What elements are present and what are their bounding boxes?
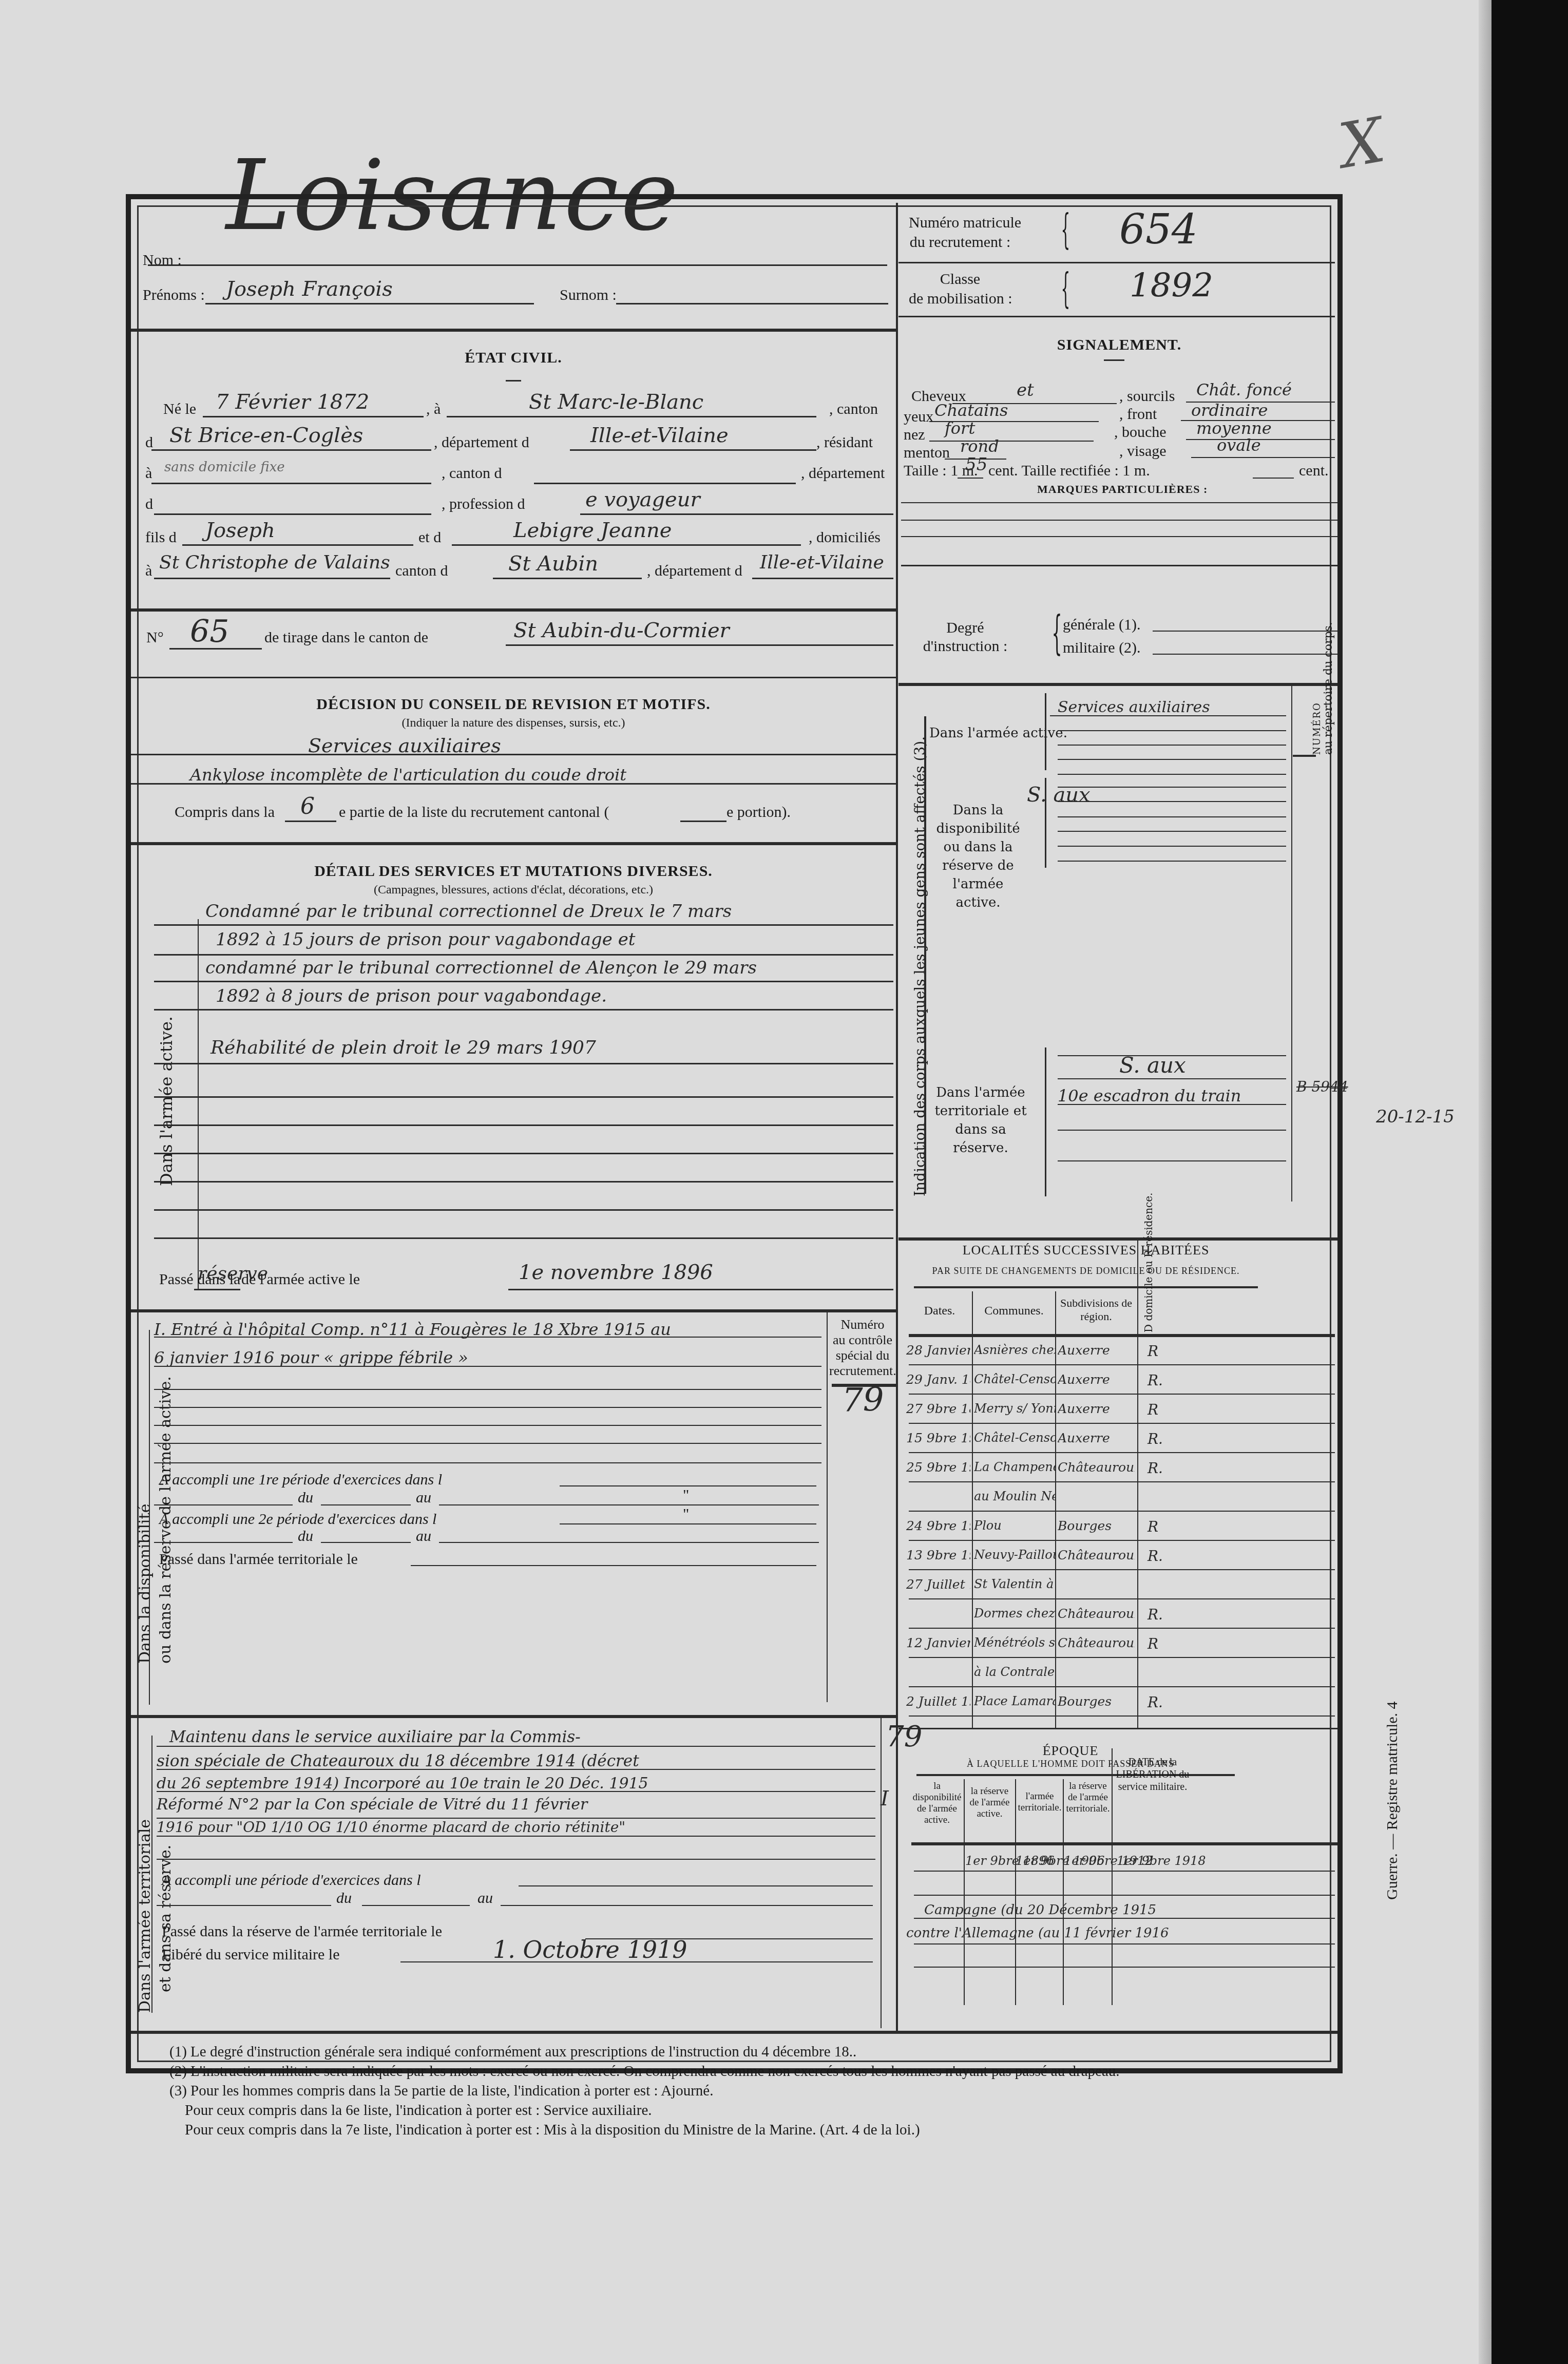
sourcils-label: , sourcils (1119, 388, 1175, 405)
yeux-label: yeux (904, 408, 933, 426)
field-line (1058, 816, 1286, 817)
loc-dr: R. (1148, 1694, 1163, 1711)
field-line (154, 1407, 821, 1408)
localites-title: LOCALITÉS SUCCESSIVES HABITÉES (909, 1243, 1263, 1258)
territ-line-2: sion spéciale de Chateauroux du 18 décem… (157, 1752, 639, 1770)
field-line (1058, 1104, 1286, 1105)
territ-line-5: 1916 pour "OD 1/10 OG 1/10 énorme placar… (157, 1819, 625, 1836)
col-dates: Dates. (909, 1304, 970, 1318)
tirage-no-label: N° (146, 629, 164, 646)
field-line (1058, 745, 1286, 746)
classe-value: 1892 (1130, 267, 1213, 305)
field-line (157, 1769, 875, 1770)
field-line (506, 644, 893, 646)
field-line (1058, 730, 1286, 731)
loc-subdivision: Châteauroux (1058, 1460, 1135, 1475)
field-line (131, 783, 896, 785)
loc-subdivision: Châteauroux (1058, 1548, 1135, 1562)
epoque-col-2: la réserve de l'armée active. (965, 1786, 1014, 1820)
section-divider (131, 608, 896, 612)
field-line (157, 1859, 875, 1860)
field-line (154, 1237, 893, 1239)
localites-subtitle: PAR SUITE DE CHANGEMENTS DE DOMICILE OU … (909, 1266, 1263, 1276)
field-line (157, 1905, 331, 1906)
periode1-label: A accompli une 1re période d'exercices d… (159, 1471, 442, 1489)
field-line (914, 1967, 1335, 1968)
corps-territ-value-2: 10e escadron du train (1058, 1086, 1241, 1105)
ne-le-label: Né le (163, 401, 196, 418)
dispo-side-label-1: Dans la disponibilité (136, 1504, 154, 1664)
tirage-canton-value: St Aubin-du-Cormier (513, 619, 730, 642)
header-rule (911, 1842, 1337, 1845)
service-line-2: 1892 à 15 jours de prison pour vagabonda… (216, 929, 635, 950)
footnote-2: (2) L'instruction militaire sera indiqué… (169, 2063, 1120, 2080)
header-rule (909, 1334, 1335, 1337)
loc-date: 24 9bre 1905 (906, 1518, 970, 1533)
loc-dr: R. (1148, 1372, 1163, 1389)
portion-suffix: e portion). (726, 804, 791, 821)
field-line (154, 1337, 821, 1338)
field-line (362, 1905, 470, 1906)
field-line (154, 1366, 821, 1367)
col-communes: Communes. (973, 1304, 1055, 1318)
corps-dispo-label: Dans la disponibilité ou dans la réserve… (929, 801, 1027, 912)
field-line (154, 1009, 893, 1011)
field-line (1058, 787, 1286, 788)
section-divider (901, 565, 1337, 566)
decision-title: DÉCISION DU CONSEIL DE REVISION ET MOTIF… (180, 696, 847, 713)
loc-dr: R (1148, 1343, 1158, 1360)
loc-subdivision: Auxerre (1058, 1401, 1135, 1416)
row-line (909, 1657, 1335, 1658)
campagne-line-1: Campagne (du 20 Décembre 1915 (924, 1902, 1156, 1918)
field-line (154, 924, 893, 926)
field-line (157, 1746, 875, 1747)
corps-bracket (924, 716, 926, 1194)
title-rule (1104, 359, 1124, 361)
field-line (154, 1443, 821, 1444)
field-line (154, 578, 390, 579)
field-line (914, 1871, 1335, 1872)
territ-line-3: du 26 septembre 1914) Incorporé au 10e t… (157, 1775, 648, 1793)
signalement-title: SIGNALEMENT. (898, 336, 1340, 354)
controle-divider (827, 1312, 828, 1702)
domicile-canton-value: St Aubin (508, 552, 598, 576)
mother-value: Lebigre Jeanne (513, 519, 672, 542)
row-line (909, 1511, 1335, 1512)
field-line (1058, 1130, 1286, 1131)
field-line (411, 1565, 816, 1566)
brace-icon: { (1061, 264, 1070, 312)
loc-commune: Châtel-Censoir (974, 1431, 1055, 1445)
loc-dr: R (1148, 1635, 1158, 1652)
field-line (914, 1918, 1335, 1919)
field-line (182, 544, 413, 546)
corps-territ-value-1: S. aux (1119, 1053, 1186, 1078)
domicile-place-value: St Christophe de Valains (159, 552, 390, 573)
row-line (909, 1628, 1335, 1629)
field-line (285, 821, 336, 822)
fils-label: fils d (145, 529, 177, 546)
loc-commune: Plou (974, 1518, 1055, 1533)
loc-commune: Châtel-Censoir (974, 1372, 1055, 1386)
sourcils-value: Chât. foncé (1196, 380, 1292, 399)
field-line (154, 1096, 893, 1098)
loc-commune: St Valentin à (974, 1577, 1055, 1591)
field-line (154, 1209, 893, 1211)
side-bracket (151, 1736, 152, 2013)
loc-date: 2 Juillet 1915 (906, 1694, 970, 1709)
loc-commune: Dormes chez Perrot (974, 1606, 1055, 1621)
controle-value: 79 (842, 1381, 884, 1419)
field-line (570, 449, 816, 451)
front-label: , front (1119, 406, 1157, 423)
margin-date: 20-12-15 (1376, 1107, 1455, 1127)
visage-label: , visage (1119, 443, 1167, 460)
footnote-1: (1) Le degré d'instruction générale sera… (169, 2044, 856, 2061)
loc-commune: Asnières chez Combe (974, 1343, 1055, 1357)
au-label: au (416, 1528, 431, 1545)
nez-value: fort (945, 418, 975, 438)
loc-date: 28 Janvier 1895 (906, 1343, 970, 1358)
field-line (1058, 831, 1286, 832)
loc-dr: R (1148, 1401, 1158, 1418)
surnom-label: Surnom : (560, 287, 617, 304)
numero-rule (1293, 755, 1316, 757)
field-line (169, 648, 262, 650)
service-line-3: condamné par le tribunal correctionnel d… (205, 958, 757, 978)
side-bracket (149, 1330, 150, 1705)
services-subtitle: (Campagnes, blessures, actions d'éclat, … (282, 883, 744, 897)
departement2-d-label: d (145, 495, 153, 513)
section-divider (898, 1237, 1337, 1241)
etat-civil-title: ÉTAT CIVIL. (359, 349, 667, 367)
passe-suffix: de l'armée active le (241, 1271, 360, 1288)
field-line (1253, 478, 1294, 479)
field-line (203, 416, 424, 417)
field-line (154, 1425, 821, 1426)
loc-date: 13 9bre 1908 (906, 1548, 970, 1562)
ornament-rule (914, 1286, 1258, 1288)
prenoms-label: Prénoms : (143, 287, 205, 304)
field-line (901, 536, 1337, 537)
liberation-header: DATE de la LIBÉRATION du service militai… (1114, 1756, 1191, 1793)
field-line (1191, 457, 1335, 458)
cent-label: cent. (1299, 462, 1328, 480)
field-line (151, 483, 431, 484)
field-line (321, 1504, 411, 1505)
field-line (447, 416, 816, 417)
loc-date: 15 9bre 1902 (906, 1431, 970, 1445)
field-line (1058, 774, 1286, 775)
loc-dr: R. (1148, 1548, 1163, 1565)
ditto-mark: " (683, 1505, 689, 1523)
field-line (154, 954, 893, 956)
row-line (909, 1481, 1335, 1482)
profession-value: e voyageur (585, 488, 700, 511)
field-line (1153, 654, 1337, 655)
campagne-line-2: contre l'Allemagne (au 11 février 1916 (906, 1925, 1169, 1941)
father-value: Joseph (205, 519, 275, 542)
canton-d-label: d (145, 434, 153, 451)
loc-subdivision: Auxerre (1058, 1343, 1135, 1358)
du-label: du (336, 1890, 352, 1907)
section-divider (898, 683, 1337, 686)
du-label: du (298, 1489, 313, 1507)
surnom-line (616, 303, 888, 304)
loc-commune: à la Contralerie (974, 1665, 1055, 1679)
bouche-label: , bouche (1114, 424, 1167, 441)
epoque-col-4: la réserve de l'armée territoriale. (1064, 1781, 1112, 1815)
matricule-line (898, 262, 1335, 263)
loc-subdivision: Bourges (1058, 1518, 1135, 1533)
section-divider (131, 1715, 896, 1718)
col-divider (964, 1779, 965, 2005)
brace-icon: { (1061, 205, 1070, 253)
au-label: au (477, 1890, 493, 1907)
canton-label: , canton (829, 401, 878, 418)
loc-dr: R. (1148, 1606, 1163, 1623)
numero-label-1: NUMÉRO (1312, 702, 1323, 755)
field-line (439, 1504, 819, 1505)
mere-label: et d (418, 529, 441, 546)
loc-dr: R (1148, 1518, 1158, 1535)
field-line (452, 544, 801, 546)
col-divider (972, 1291, 973, 1728)
field-line (154, 1462, 821, 1463)
field-line (154, 1504, 293, 1505)
loc-commune: La Champenoise, (974, 1460, 1055, 1474)
corps-dispo-value: S. aux (1027, 783, 1091, 807)
epoque-col-1: la disponibilité de l'armée active. (911, 1781, 963, 1826)
field-line (958, 478, 983, 479)
field-line (519, 1885, 873, 1886)
section-divider (131, 329, 896, 332)
section-divider (131, 677, 896, 678)
ditto-mark: " (683, 1486, 689, 1504)
loc-commune: Merry s/ Yonne (974, 1401, 1055, 1416)
loc-date: 25 9bre 1904 (906, 1460, 970, 1475)
controle-divider (881, 1718, 882, 2028)
controle-label: Numéroau contrôlespécial durecrutement. (829, 1317, 896, 1379)
a-label: , à (426, 401, 441, 418)
loc-subdivision: Auxerre (1058, 1431, 1135, 1445)
liberation-date: 1er 9bre 1918 (1117, 1854, 1206, 1868)
field-line (680, 821, 726, 822)
decision-line-2: Ankylose incomplète de l'articulation du… (190, 765, 626, 785)
loc-subdivision: Châteauroux (1058, 1606, 1135, 1621)
field-line (151, 449, 431, 451)
field-line (929, 441, 1094, 442)
canton-value: St Brice-en-Coglès (169, 424, 363, 447)
brace-line (1045, 693, 1046, 770)
brace-icon: { (1052, 606, 1062, 660)
field-line (1153, 631, 1337, 632)
scan-background (1491, 0, 1568, 2364)
footnote-4: Pour ceux compris dans la 6e liste, l'in… (185, 2102, 652, 2119)
service-line-5: Réhabilité de plein droit le 29 mars 190… (211, 1037, 596, 1058)
territ-line-1: Maintenu dans le service auxiliaire par … (169, 1728, 581, 1746)
birth-date-value: 7 Février 1872 (216, 390, 369, 414)
row-line (909, 1715, 1335, 1717)
matricule-value: 654 (1119, 205, 1198, 253)
field-line (1058, 801, 1286, 802)
departement-label: , département d (434, 434, 529, 451)
field-line (508, 1289, 893, 1290)
classe-line (898, 316, 1335, 317)
loc-date: 27 9bre 1899 (906, 1401, 970, 1416)
dom-a-label: à (145, 562, 152, 580)
partie-value: 6 (300, 793, 315, 819)
row-line (909, 1686, 1335, 1687)
nom-line (148, 264, 887, 266)
row-line (909, 1598, 1335, 1599)
marques-label: MARQUES PARTICULIÈRES : (1037, 483, 1208, 496)
passe-date-value: 1e novembre 1896 (519, 1261, 713, 1284)
field-line (154, 513, 431, 515)
generale-label: générale (1). (1063, 616, 1141, 634)
taille-value: 55 (965, 454, 987, 475)
loc-commune: Neuvy-Pailloux (974, 1548, 1055, 1562)
services-title: DÉTAIL DES SERVICES ET MUTATIONS DIVERSE… (180, 863, 847, 880)
passe-territoriale-label: Passé dans l'armée territoriale le (159, 1551, 358, 1568)
territ-line-4: Réformé N°2 par la Con spéciale de Vitré… (157, 1796, 587, 1814)
partie-suffix: e partie de la liste du recrutement cant… (339, 804, 609, 821)
section-divider (131, 2031, 1337, 2034)
profession-label: , profession d (442, 495, 525, 513)
register-caption: Guerre. — Registre matricule. 4 (1384, 1701, 1401, 1900)
corps-active-value: Services auxiliaires (1058, 698, 1210, 716)
field-line (901, 502, 1337, 503)
field-line (154, 1181, 893, 1183)
section-divider (131, 1309, 896, 1312)
cheveux-value: et (1017, 380, 1034, 401)
field-line (154, 1124, 893, 1126)
corps-territ-numero: B 5944 (1296, 1078, 1348, 1095)
degre-label: Degréd'instruction : (914, 619, 1017, 656)
field-line (1058, 861, 1286, 862)
col-subdivisions: Subdivisions de région. (1058, 1297, 1135, 1323)
field-line (154, 1063, 893, 1064)
matricule-label: Numéro matriculedu recrutement : (909, 213, 1011, 252)
loc-subdivision: Châteauroux (1058, 1635, 1135, 1650)
territ-periode-label: A accompli une période d'exercices dans … (162, 1872, 421, 1889)
libere-value: 1. Octobre 1919 (493, 1936, 687, 1963)
footnote-3: (3) Pour les hommes compris dans la 5e p… (169, 2083, 713, 2100)
field-line (914, 1895, 1335, 1896)
field-line (157, 1836, 875, 1837)
col-divider (1063, 1779, 1064, 2005)
service-line-4: 1892 à 8 jours de prison pour vagabondag… (216, 986, 607, 1006)
field-line (154, 981, 893, 982)
corps-active-label: Dans l'armée active. (929, 724, 1022, 742)
militaire-label: militaire (2). (1063, 639, 1141, 657)
birth-place-value: St Marc-le-Blanc (529, 390, 703, 414)
loc-dr: R. (1148, 1431, 1163, 1447)
au-label: au (416, 1489, 431, 1507)
epoque-col-3: l'armée territoriale. (1017, 1791, 1063, 1814)
dom-dept-label: , département d (647, 562, 742, 580)
canton2-label: , canton d (442, 465, 502, 482)
nom-label: Nom : (143, 252, 182, 269)
territ-margin-mark: I (881, 1787, 889, 1810)
title-rule (506, 380, 521, 382)
corps-territ-label: Dans l'armée territoriale et dans sa rés… (929, 1083, 1032, 1157)
visage-value: ovale (1217, 435, 1261, 455)
field-line (501, 1905, 873, 1906)
loc-date: 29 Janv. 1898 (906, 1372, 970, 1387)
field-line (1058, 846, 1286, 847)
menton-label: menton (904, 444, 950, 462)
departement2-label: , département (801, 465, 885, 482)
field-line (321, 1542, 411, 1543)
field-line (914, 1943, 1335, 1944)
row-line (909, 1394, 1335, 1395)
loc-commune: Ménétréols sous Vatan (974, 1635, 1055, 1650)
libere-label: Libéré du service militaire le (162, 1946, 340, 1963)
loc-dr: R. (1148, 1460, 1163, 1477)
field-line (901, 520, 1337, 521)
numero-label-2: au répertoire du corps. (1322, 622, 1335, 755)
row-line (909, 1540, 1335, 1541)
residant-value: sans domicile fixe (164, 460, 285, 475)
page-edge-shadow (1479, 0, 1491, 2364)
loc-commune: Place Lamarande Brouillamnon (Cher) (974, 1694, 1055, 1708)
yeux-value: Chatains (934, 401, 1008, 420)
services-side-label: Dans l'armée active. (157, 1016, 176, 1186)
taille-cent-label: cent. Taille rectifiée : 1 m. (988, 462, 1150, 480)
departement-value: Ille-et-Vilaine (590, 424, 729, 447)
field-line (194, 1289, 240, 1290)
loc-subdivision: Bourges (1058, 1694, 1135, 1709)
section-divider (898, 1728, 1337, 1729)
numero-divider (1291, 685, 1292, 1202)
service-line-1: Condamné par le tribunal correctionnel d… (205, 901, 732, 922)
menton-value: rond (960, 436, 999, 456)
field-line (154, 1389, 821, 1390)
column-divider (896, 203, 898, 2031)
field-line (1058, 1078, 1286, 1079)
row-line (909, 1423, 1335, 1424)
field-line (439, 1542, 819, 1543)
row-line (909, 1569, 1335, 1570)
side-bracket (198, 919, 199, 1289)
col-divider (1137, 1240, 1138, 1728)
field-line (400, 1961, 873, 1962)
residant-a-label: à (145, 465, 152, 482)
field-line (493, 578, 642, 579)
du-label: du (298, 1528, 313, 1545)
residant-label: , résidant (816, 434, 873, 451)
field-line (752, 578, 893, 579)
domicile-dept-value: Ille-et-Vilaine (760, 552, 884, 573)
footnote-5: Pour ceux compris dans la 7e liste, l'in… (185, 2122, 920, 2139)
brace-line (1045, 1047, 1046, 1196)
field-line (154, 1542, 293, 1543)
field-line (1050, 715, 1286, 716)
loc-date: 12 Janvier 1913 (906, 1635, 970, 1650)
loc-subdivision: Auxerre (1058, 1372, 1135, 1387)
field-line (1058, 759, 1286, 760)
col-divider (1015, 1779, 1016, 2005)
dom-canton-label: canton d (395, 562, 448, 580)
field-line (154, 1153, 893, 1154)
tirage-no-value: 65 (190, 614, 229, 650)
dispo-line-2: 6 janvier 1916 pour « grippe fébrile » (154, 1348, 468, 1367)
field-line (534, 483, 796, 484)
decision-subtitle: (Indiquer la nature des dispenses, sursi… (308, 716, 719, 730)
field-line (560, 1523, 816, 1524)
